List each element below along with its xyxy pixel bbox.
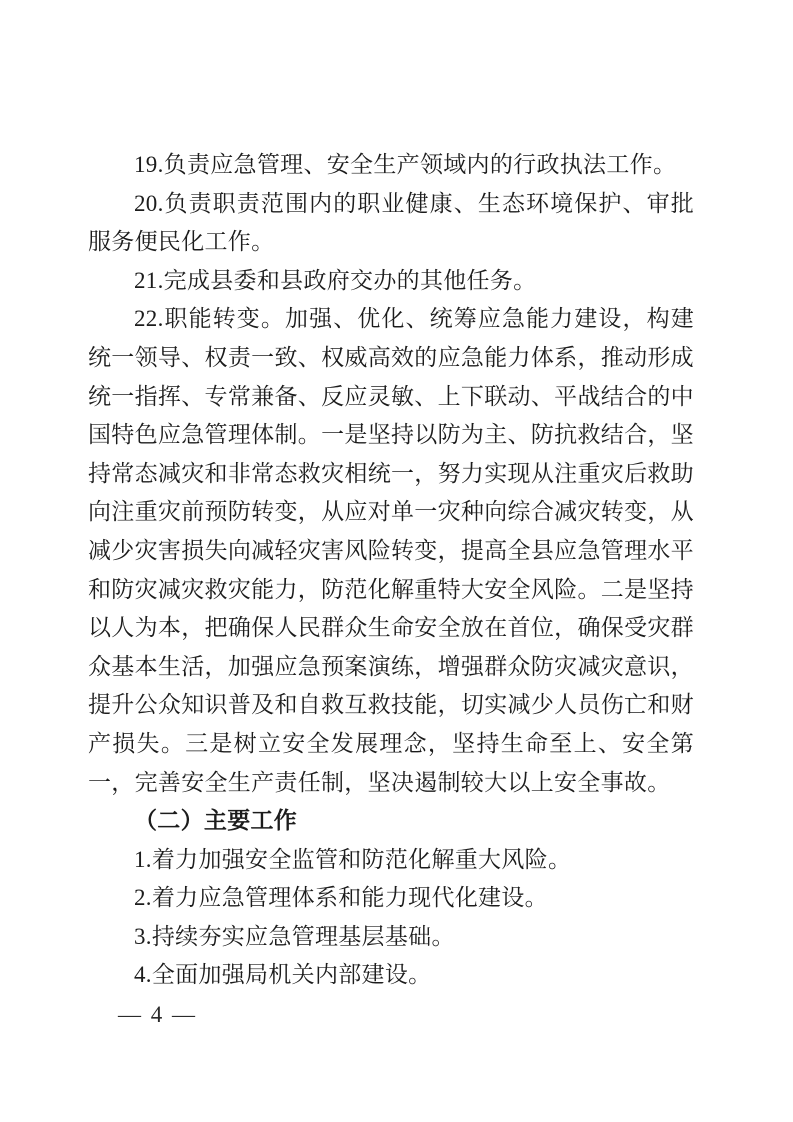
main-work-item-1: 1.着力加强安全监管和防范化解重大风险。: [88, 841, 694, 880]
main-work-item-3: 3.持续夯实应急管理基层基础。: [88, 918, 694, 957]
paragraph-duty-20: 20.负责职责范围内的职业健康、生态环境保护、审批服务便民化工作。: [88, 185, 694, 262]
paragraph-duty-22-function-transformation: 22.职能转变。加强、优化、统筹应急能力建设，构建统一领导、权责一致、权威高效的…: [88, 300, 694, 802]
paragraph-duty-21: 21.完成县委和县政府交办的其他任务。: [88, 262, 694, 301]
section-heading-main-work: （二）主要工作: [88, 802, 694, 841]
main-work-item-4: 4.全面加强局机关内部建设。: [88, 956, 694, 995]
document-page: 19.负责应急管理、安全生产领域内的行政执法工作。 20.负责职责范围内的职业健…: [0, 0, 793, 1122]
main-work-item-2: 2.着力应急管理体系和能力现代化建设。: [88, 879, 694, 918]
paragraph-duty-19: 19.负责应急管理、安全生产领域内的行政执法工作。: [88, 146, 694, 185]
document-body: 19.负责应急管理、安全生产领域内的行政执法工作。 20.负责职责范围内的职业健…: [88, 146, 694, 995]
page-number: — 4 —: [118, 1002, 197, 1028]
